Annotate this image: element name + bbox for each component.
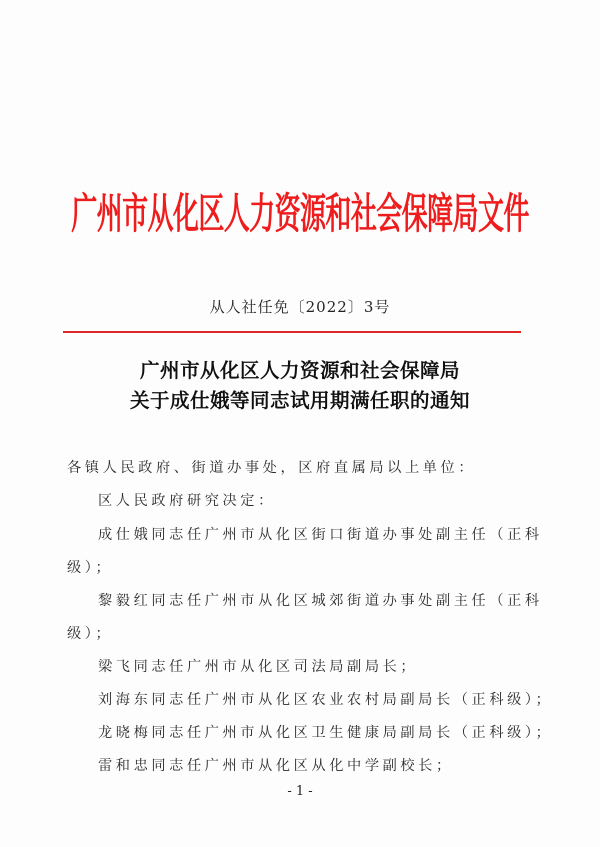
red-divider-line	[63, 331, 521, 333]
paragraph: 刘海东同志任广州市从化区农业农村局副局长（正科级）；	[98, 689, 558, 709]
notice-title-line-2: 关于成仕娥等同志试用期满任职的通知	[0, 385, 600, 413]
paragraph-continuation: 级）；	[67, 623, 527, 643]
paragraph: 成仕娥同志任广州市从化区街口街道办事处副主任（正科	[98, 524, 558, 544]
document-page: 广州市从化区人力资源和社会保障局文件 从人社任免〔2022〕3号 广州市从化区人…	[0, 0, 600, 847]
paragraph: 龙晓梅同志任广州市从化区卫生健康局副局长（正科级）；	[98, 722, 558, 742]
document-number: 从人社任免〔2022〕3号	[0, 296, 600, 317]
paragraph: 梁飞同志任广州市从化区司法局副局长；	[98, 656, 558, 676]
paragraph-continuation: 级）；	[67, 557, 527, 577]
header-title: 广州市从化区人力资源和社会保障局文件	[71, 181, 529, 241]
page-number: - 1 -	[0, 784, 600, 799]
red-header: 广州市从化区人力资源和社会保障局文件	[0, 183, 600, 239]
paragraph: 黎毅红同志任广州市从化区城郊街道办事处副主任（正科	[98, 590, 558, 610]
notice-title-line-1: 广州市从化区人力资源和社会保障局	[0, 355, 600, 383]
salutation: 各镇人民政府、街道办事处，区府直属局以上单位：	[67, 457, 527, 477]
paragraph: 雷和忠同志任广州市从化区从化中学副校长；	[98, 755, 558, 775]
paragraph: 区人民政府研究决定：	[98, 490, 558, 510]
